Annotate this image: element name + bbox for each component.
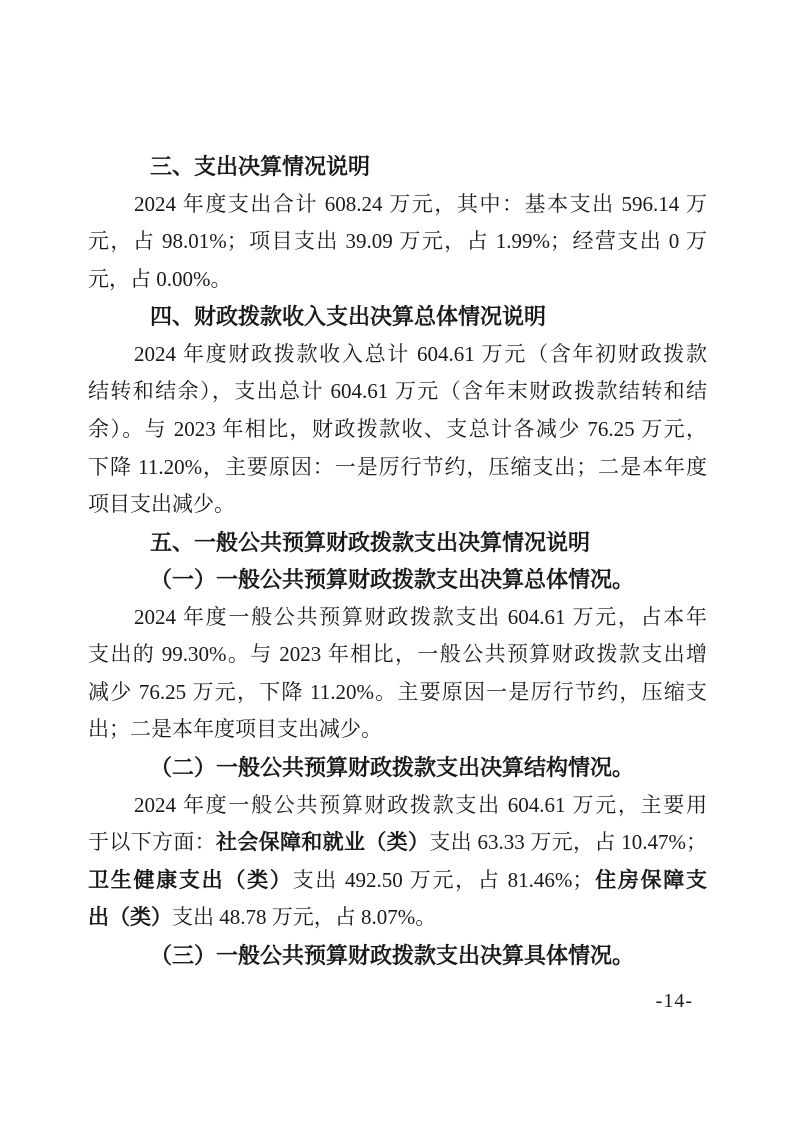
paragraph-line: 于以下方面：社会保障和就业（类）支出 63.33 万元，占 10.47%； — [88, 824, 707, 862]
section-3-heading: 三、支出决算情况说明 — [88, 148, 707, 186]
expense-category-bold-text: 出（类） — [88, 905, 172, 929]
paragraph-line: 卫生健康支出（类）支出 492.50 万元，占 81.46%；住房保障支 — [88, 862, 707, 900]
subsection-5-3-heading: （三）一般公共预算财政拨款支出决算具体情况。 — [88, 937, 707, 975]
expense-category-bold-text: 社会保障和就业（类） — [216, 830, 429, 854]
paragraph-line: 元，占 0.00%。 — [88, 261, 707, 299]
page-number: -14- — [656, 989, 693, 1013]
paragraph-line: 2024 年度支出合计 608.24 万元，其中：基本支出 596.14 万 — [88, 186, 707, 224]
paragraph-line: 支出的 99.30%。与 2023 年相比，一般公共预算财政拨款支出增 — [88, 636, 707, 674]
subsection-5-1-heading: （一）一般公共预算财政拨款支出决算总体情况。 — [88, 561, 707, 599]
section-4-heading: 四、财政拨款收入支出决算总体情况说明 — [88, 298, 707, 336]
paragraph-line: 项目支出减少。 — [88, 486, 707, 524]
paragraph-line: 元，占 98.01%；项目支出 39.09 万元，占 1.99%；经营支出 0 … — [88, 223, 707, 261]
paragraph-text: 于以下方面： — [88, 830, 216, 854]
section-5-heading: 五、一般公共预算财政拨款支出决算情况说明 — [88, 524, 707, 562]
paragraph-line: 2024 年度财政拨款收入总计 604.61 万元（含年初财政拨款 — [88, 336, 707, 374]
paragraph-line: 出（类）支出 48.78 万元，占 8.07%。 — [88, 899, 707, 937]
paragraph-text: 支出 63.33 万元，占 10.47%； — [429, 830, 707, 854]
document-body: 三、支出决算情况说明 2024 年度支出合计 608.24 万元，其中：基本支出… — [88, 148, 707, 974]
paragraph-text: 支出 492.50 万元，占 81.46%； — [293, 868, 594, 892]
expense-category-bold-text: 卫生健康支出（类） — [88, 868, 293, 892]
paragraph-line: 结转和结余），支出总计 604.61 万元（含年末财政拨款结转和结 — [88, 373, 707, 411]
paragraph-line: 下降 11.20%，主要原因：一是厉行节约，压缩支出；二是本年度 — [88, 449, 707, 487]
paragraph-line: 余）。与 2023 年相比，财政拨款收、支总计各减少 76.25 万元， — [88, 411, 707, 449]
document-page: 三、支出决算情况说明 2024 年度支出合计 608.24 万元，其中：基本支出… — [0, 0, 793, 1122]
paragraph-line: 减少 76.25 万元，下降 11.20%。主要原因一是厉行节约，压缩支 — [88, 674, 707, 712]
subsection-5-2-heading: （二）一般公共预算财政拨款支出决算结构情况。 — [88, 749, 707, 787]
expense-category-bold-text: 住房保障支 — [593, 868, 707, 892]
paragraph-line: 2024 年度一般公共预算财政拨款支出 604.61 万元，主要用 — [88, 787, 707, 825]
paragraph-line: 2024 年度一般公共预算财政拨款支出 604.61 万元，占本年 — [88, 599, 707, 637]
paragraph-text: 支出 48.78 万元，占 8.07%。 — [172, 905, 436, 929]
paragraph-line: 出；二是本年度项目支出减少。 — [88, 711, 707, 749]
